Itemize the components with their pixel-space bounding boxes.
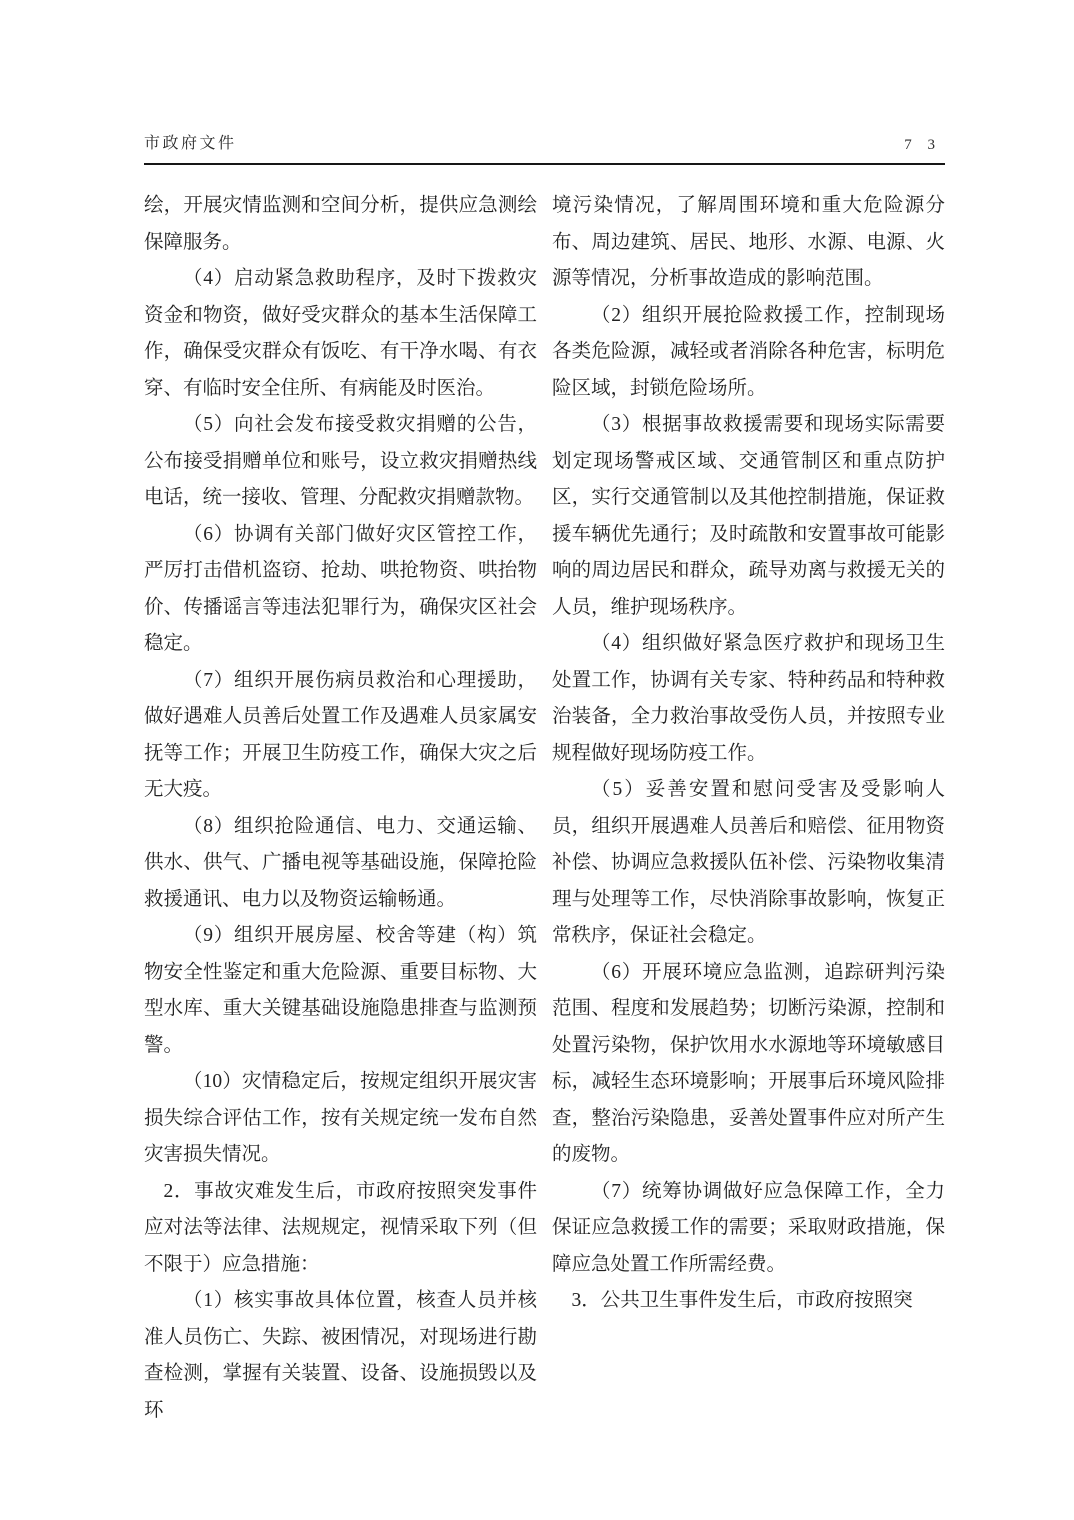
- document-body: 绘，开展灾情监测和空间分析，提供应急测绘保障服务。（4）启动紧急救助程序，及时下…: [144, 188, 945, 1429]
- paragraph: （2）组织开展抢险救援工作，控制现场各类危险源，减轻或者消除各种危害，标明危险区…: [552, 298, 945, 408]
- paragraph: （6）协调有关部门做好灾区管控工作，严厉打击借机盗窃、抢劫、哄抢物资、哄抬物价、…: [144, 517, 537, 663]
- paragraph: 绘，开展灾情监测和空间分析，提供应急测绘保障服务。: [144, 188, 537, 261]
- left-column: 绘，开展灾情监测和空间分析，提供应急测绘保障服务。（4）启动紧急救助程序，及时下…: [144, 188, 537, 1429]
- paragraph: 2．事故灾难发生后，市政府按照突发事件应对法等法律、法规规定，视情采取下列（但不…: [144, 1174, 537, 1284]
- paragraph: （7）统筹协调做好应急保障工作，全力保证应急救援工作的需要；采取财政措施，保障应…: [552, 1174, 945, 1284]
- paragraph: （9）组织开展房屋、校舍等建（构）筑物安全性鉴定和重大危险源、重要目标物、大型水…: [144, 918, 537, 1064]
- paragraph: （5）向社会发布接受救灾捐赠的公告，公布接受捐赠单位和账号，设立救灾捐赠热线电话…: [144, 407, 537, 517]
- document-page: 市政府文件 7 3 绘，开展灾情监测和空间分析，提供应急测绘保障服务。（4）启动…: [0, 0, 1074, 1520]
- page-number: 7 3: [904, 134, 941, 156]
- paragraph: （8）组织抢险通信、电力、交通运输、供水、供气、广播电视等基础设施，保障抢险救援…: [144, 809, 537, 919]
- right-column: 境污染情况，了解周围环境和重大危险源分布、周边建筑、居民、地形、水源、电源、火源…: [552, 188, 945, 1429]
- paragraph: 境污染情况，了解周围环境和重大危险源分布、周边建筑、居民、地形、水源、电源、火源…: [552, 188, 945, 298]
- paragraph: （3）根据事故救援需要和现场实际需要划定现场警戒区域、交通管制区和重点防护区，实…: [552, 407, 945, 626]
- paragraph: 3．公共卫生事件发生后，市政府按照突: [552, 1283, 945, 1320]
- paragraph: （6）开展环境应急监测，追踪研判污染范围、程度和发展趋势；切断污染源，控制和处置…: [552, 955, 945, 1174]
- paragraph: （10）灾情稳定后，按规定组织开展灾害损失综合评估工作，按有关规定统一发布自然灾…: [144, 1064, 537, 1174]
- header-rule: [144, 163, 945, 165]
- page-header: 市政府文件 7 3: [144, 132, 945, 156]
- paragraph: （5）妥善安置和慰问受害及受影响人员，组织开展遇难人员善后和赔偿、征用物资补偿、…: [552, 772, 945, 955]
- paragraph: （1）核实事故具体位置，核查人员并核准人员伤亡、失踪、被困情况，对现场进行勘查检…: [144, 1283, 537, 1429]
- paragraph: （4）组织做好紧急医疗救护和现场卫生处置工作，协调有关专家、特种药品和特种救治装…: [552, 626, 945, 772]
- header-title: 市政府文件: [144, 132, 237, 156]
- paragraph: （4）启动紧急救助程序，及时下拨救灾资金和物资，做好受灾群众的基本生活保障工作，…: [144, 261, 537, 407]
- paragraph: （7）组织开展伤病员救治和心理援助，做好遇难人员善后处置工作及遇难人员家属安抚等…: [144, 663, 537, 809]
